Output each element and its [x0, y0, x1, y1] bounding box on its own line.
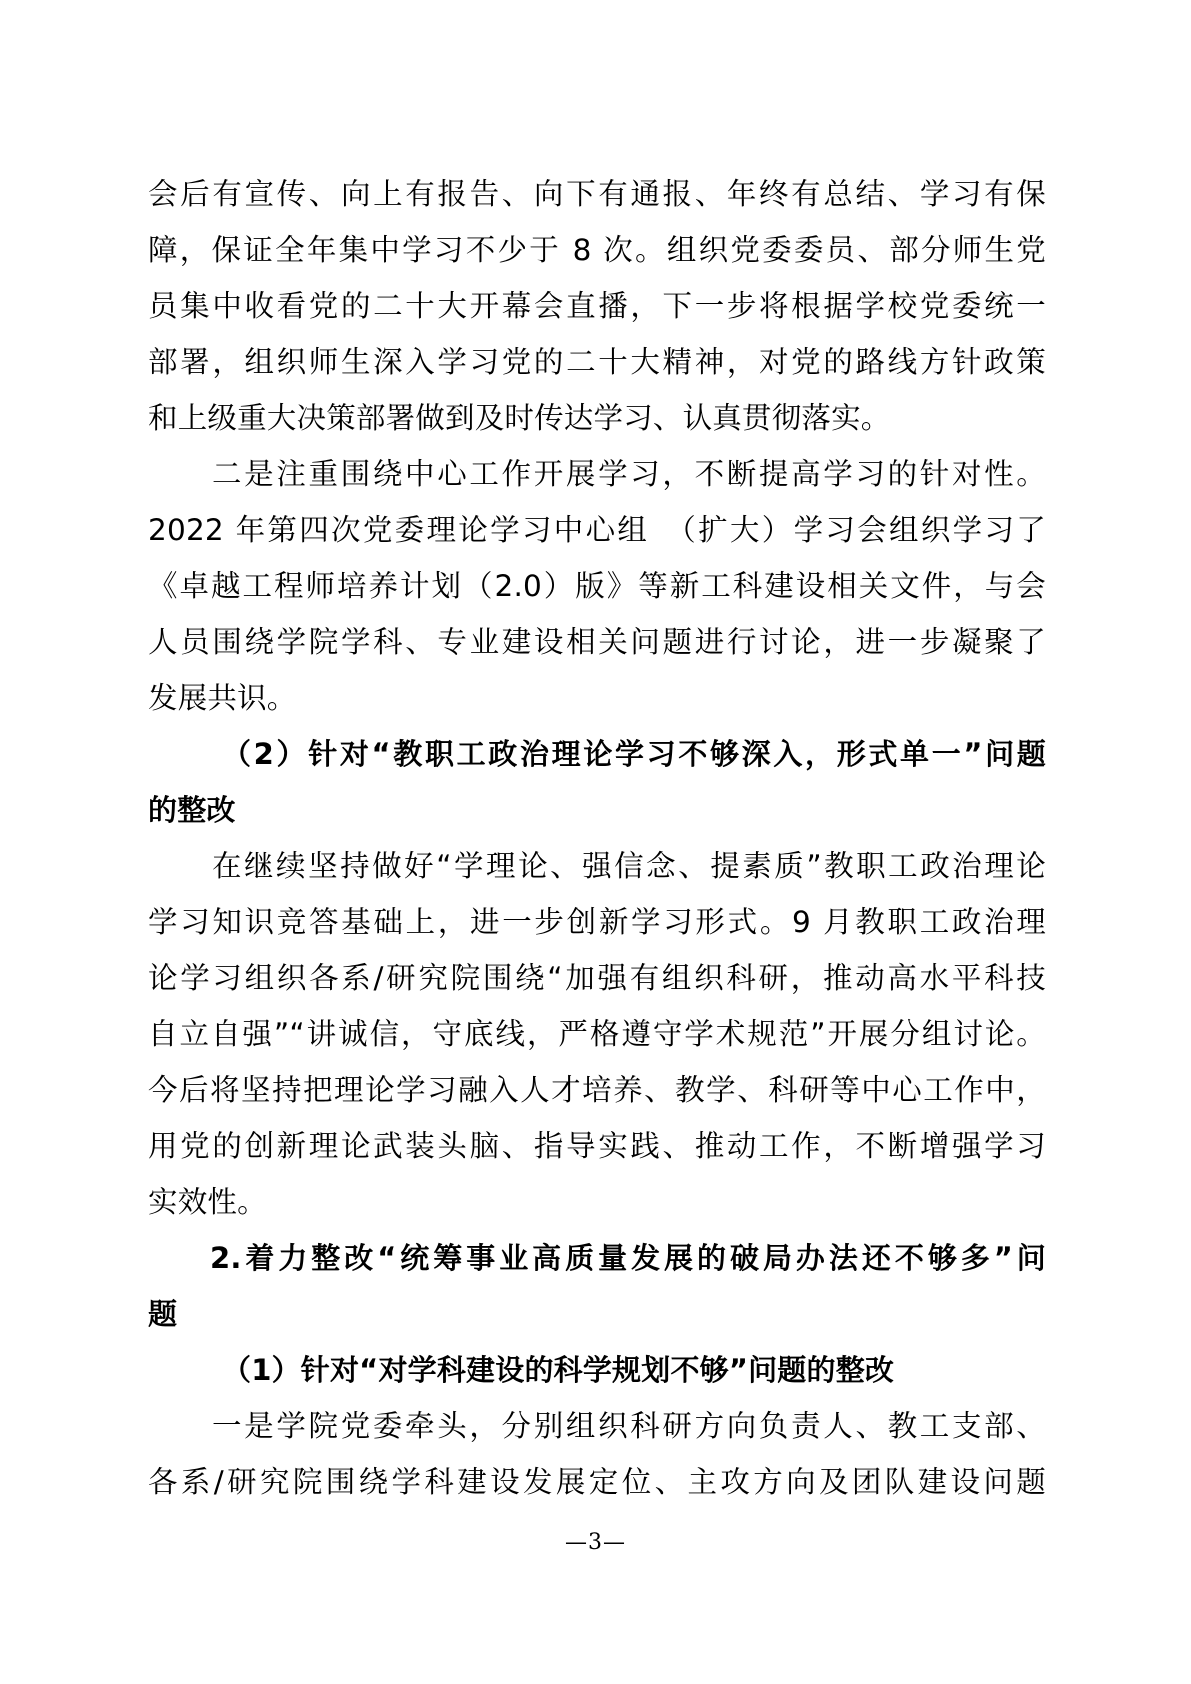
paragraph-line: 部署，组织师生深入学习党的二十大精神，对党的路线方针政策: [148, 334, 1046, 390]
paragraph-line: 在继续坚持做好“学理论、强信念、提素质”教职工政治理论: [148, 838, 1046, 894]
page-number: —3—: [0, 1528, 1191, 1558]
section-heading: 2.着力整改“统筹事业高质量发展的破局办法还不够多”问: [148, 1230, 1046, 1286]
paragraph-line: 一是学院党委牵头，分别组织科研方向负责人、教工支部、: [148, 1398, 1046, 1454]
paragraph-line: 员集中收看党的二十大开幕会直播，下一步将根据学校党委统一: [148, 278, 1046, 334]
paragraph-line: 2022 年第四次党委理论学习中心组 （扩大）学习会组织学习了: [148, 502, 1046, 558]
paragraph-line: 会后有宣传、向上有报告、向下有通报、年终有总结、学习有保: [148, 166, 1046, 222]
section-heading: 的整改: [148, 782, 1046, 838]
paragraph-line: 二是注重围绕中心工作开展学习，不断提高学习的针对性。: [148, 446, 1046, 502]
paragraph-line: 人员围绕学院学科、专业建设相关问题进行讨论，进一步凝聚了: [148, 614, 1046, 670]
paragraph-line: 发展共识。: [148, 670, 1046, 726]
paragraph-line: 自立自强”“讲诚信，守底线，严格遵守学术规范”开展分组讨论。: [148, 1006, 1046, 1062]
paragraph-line: 障，保证全年集中学习不少于 8 次。组织党委委员、部分师生党: [148, 222, 1046, 278]
subsection-heading: （1）针对“对学科建设的科学规划不够”问题的整改: [148, 1342, 1046, 1398]
paragraph-line: 今后将坚持把理论学习融入人才培养、教学、科研等中心工作中，: [148, 1062, 1046, 1118]
paragraph-line: 和上级重大决策部署做到及时传达学习、认真贯彻落实。: [148, 390, 1046, 446]
paragraph-line: 各系/研究院围绕学科建设发展定位、主攻方向及团队建设问题: [148, 1454, 1046, 1510]
paragraph-line: 实效性。: [148, 1174, 1046, 1230]
section-heading: 题: [148, 1286, 1046, 1342]
paragraph-line: 《卓越工程师培养计划（2.0）版》等新工科建设相关文件，与会: [148, 558, 1046, 614]
paragraph-line: 论学习组织各系/研究院围绕“加强有组织科研，推动高水平科技: [148, 950, 1046, 1006]
paragraph-line: 学习知识竞答基础上，进一步创新学习形式。9 月教职工政治理: [148, 894, 1046, 950]
section-heading: （2）针对“教职工政治理论学习不够深入，形式单一”问题: [148, 726, 1046, 782]
document-page: 会后有宣传、向上有报告、向下有通报、年终有总结、学习有保 障，保证全年集中学习不…: [148, 166, 1046, 1510]
paragraph-line: 用党的创新理论武装头脑、指导实践、推动工作，不断增强学习: [148, 1118, 1046, 1174]
